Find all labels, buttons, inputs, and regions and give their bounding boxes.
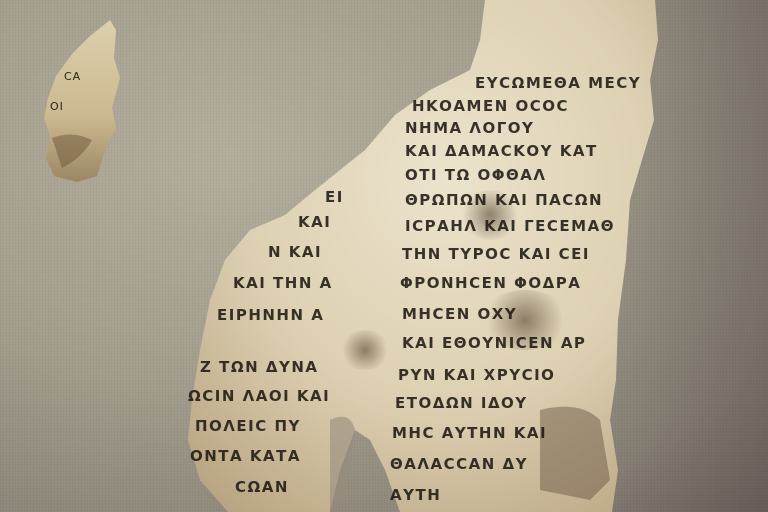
text-line: ϹΩΑΝ [235,478,289,496]
text-line: ΕΙΡΗΝΗΝ Α [217,306,324,324]
main-parchment-fragment: ΕΥϹΩΜΕΘΑ ΜΕϹΥ ΗΚΟΑΜΕΝ ΟϹΟϹ ΝΗΜΑ ΛΟΓΟΥ ΚΑ… [180,0,660,512]
text-line: ΟΝΤΑ ΚΑΤΑ [190,447,301,465]
text-line: ΦΡΟΝΗϹΕΝ ΦΟΔΡΑ [400,274,581,292]
text-line: ΕΤΟΔΩΝ ΙΔΟΥ [395,394,528,412]
text-line: ΜΗϹΕΝ ΟΧΥ [402,305,517,323]
text-line: ΜΗϹ ΑΥΤΗΝ ΚΑΙ [392,424,547,442]
small-parchment-fragment: ϹΑ ΟΙ [42,18,120,183]
text-line: ΑΥΤΗ [390,486,441,504]
text-line: ΕΙ [325,188,344,206]
text-line: ΡΥΝ ΚΑΙ ΧΡΥϹΙΟ [398,366,555,384]
text-line: Ζ ΤΩΝ ΔΥΝΑ [200,358,319,376]
small-fragment-line: ϹΑ [64,70,81,83]
text-line: ΚΑΙ ΕΘΟΥΝΙϹΕΝ ΑΡ [402,334,586,352]
text-line: ΚΑΙ ΤΗΝ Α [233,274,333,292]
ink-stain [340,330,390,370]
text-line: Ν ΚΑΙ [268,243,322,261]
text-line: ΘΑΛΑϹϹΑΝ ΔΥ [390,455,528,473]
text-line: ΝΗΜΑ ΛΟΓΟΥ [405,119,534,137]
text-line: ΟΤΙ ΤΩ ΟΦΘΑΛ [405,166,546,184]
text-line: ΗΚΟΑΜΕΝ ΟϹΟϹ [412,97,569,115]
small-fragment-line: ΟΙ [50,100,64,113]
text-line: ΚΑΙ [298,213,331,231]
text-line: ΕΥϹΩΜΕΘΑ ΜΕϹΥ [475,74,641,92]
text-line: ΩϹΙΝ ΛΑΟΙ ΚΑΙ [188,387,330,405]
text-line: ΙϹΡΑΗΛ ΚΑΙ ΓΕϹΕΜΑΘ [405,217,615,235]
text-line: ΘΡΩΠΩΝ ΚΑΙ ΠΑϹΩΝ [405,191,603,209]
text-line: ΤΗΝ ΤΥΡΟϹ ΚΑΙ ϹΕΙ [402,245,590,263]
text-line: ΠΟΛΕΙϹ ΠΥ [195,417,301,435]
text-line: ΚΑΙ ΔΑΜΑϹΚΟΥ ΚΑΤ [405,142,598,160]
